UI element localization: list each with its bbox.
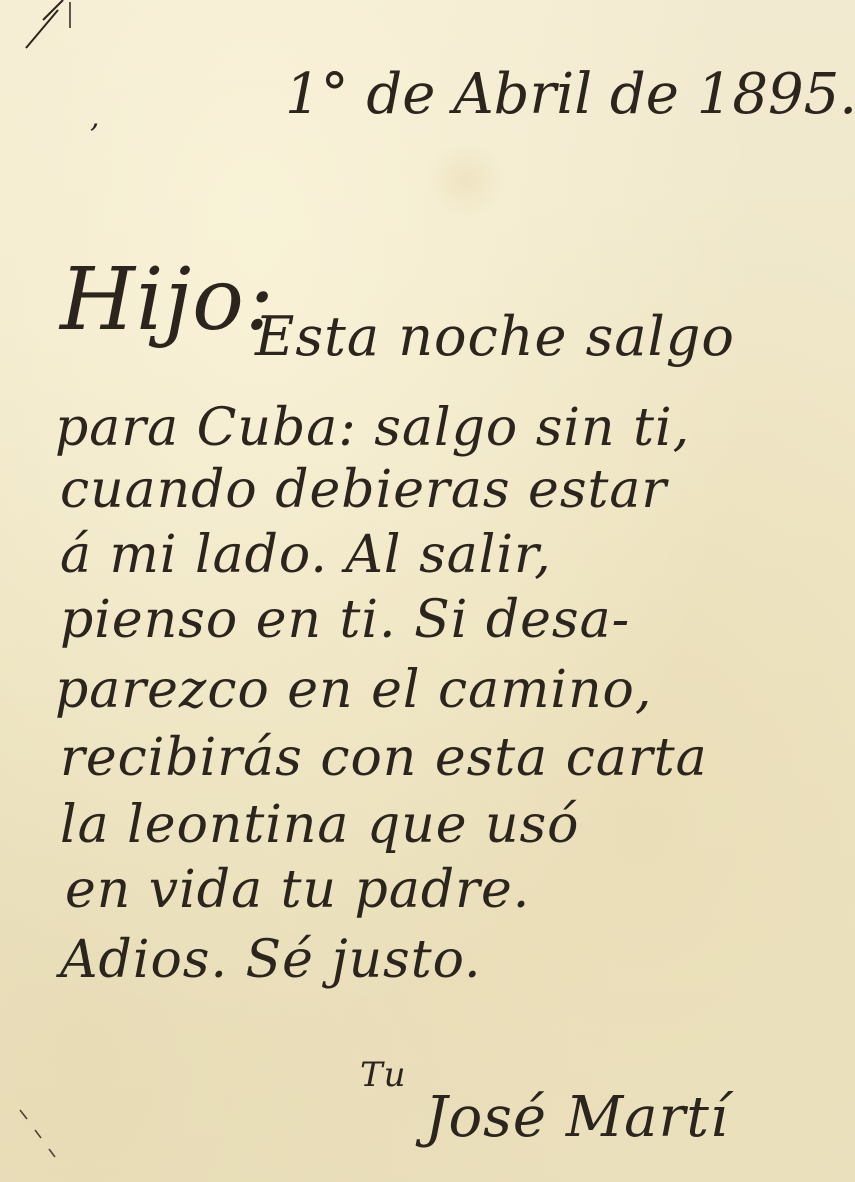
letter-page: , 1° de Abril de 1895. Hijo: Esta noche … xyxy=(0,0,855,1182)
margin-dash-mark xyxy=(15,1105,75,1175)
body-line: recibirás con esta carta xyxy=(60,728,708,788)
body-line: para Cuba: salgo sin ti, xyxy=(55,398,690,458)
letter-closing: Tu xyxy=(360,1055,407,1095)
body-line: en vida tu padre. xyxy=(65,860,530,920)
body-line: á mi lado. Al salir, xyxy=(60,525,552,585)
ink-comma-mark: , xyxy=(90,100,100,135)
letter-salutation: Hijo: xyxy=(60,250,275,350)
body-line: pienso en ti. Si desa- xyxy=(60,590,630,650)
corner-pen-mark xyxy=(18,0,78,50)
body-line: Esta noche salgo xyxy=(255,305,735,368)
body-line: parezco en el camino, xyxy=(55,660,652,720)
letter-date: 1° de Abril de 1895. xyxy=(285,62,855,127)
body-line: cuando debieras estar xyxy=(60,460,667,520)
letter-signature: José Martí xyxy=(425,1085,729,1150)
body-line: Adios. Sé justo. xyxy=(60,930,482,990)
body-line: la leontina que usó xyxy=(60,795,579,855)
